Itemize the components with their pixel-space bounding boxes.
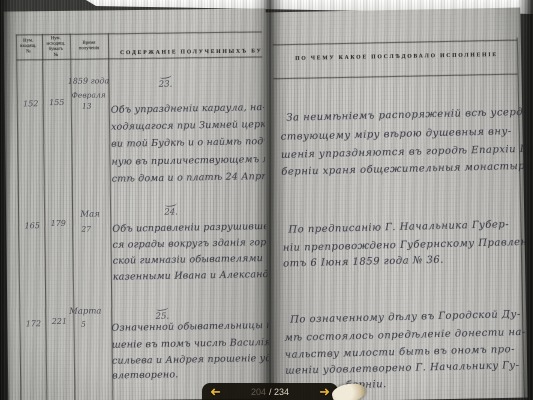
page-edge-shadow-left — [0, 0, 12, 400]
entry-day: 5 — [75, 320, 91, 329]
entry-number: 24. — [160, 201, 182, 217]
scanned-page-left: Нум. входящ. № Нум. исходящ. бумагъ № Вр… — [4, 8, 271, 400]
entry-num-out: 221 — [46, 317, 72, 326]
entry-day: 13 — [77, 101, 97, 110]
entry-num-out: 179 — [45, 219, 71, 228]
page-current-number: 204 — [251, 387, 266, 397]
handwritten-line: ходящагося при Зимней церк- — [111, 119, 270, 133]
arrow-right-icon: ➜ — [319, 385, 330, 398]
grid-line — [16, 34, 21, 400]
grid-line — [42, 34, 47, 400]
handwritten-line: ской гимназіи обывателями — [113, 253, 264, 267]
entry-num-out: 155 — [44, 98, 70, 107]
flourish-icon — [156, 305, 169, 312]
grid-line — [273, 40, 517, 46]
arrow-left-icon: ➜ — [210, 385, 221, 398]
flourish-icon — [159, 73, 172, 80]
entry-number: 25. — [151, 306, 173, 322]
flourish-icon — [165, 201, 178, 208]
handwritten-line: берніи храня общежительныя монастыри. — [281, 161, 533, 178]
page-indicator: 204 / 234 — [251, 385, 289, 397]
right-page-title: ПО ЧЕМУ КАКОЕ ПОСЛѢДОВАЛО ИСПОЛНЕНІЕ — [295, 51, 498, 61]
handwritten-line: отъ 6 Іюня 1859 года № 36. — [283, 255, 444, 270]
column-header-out: Нум. исходящ. бумагъ № — [42, 35, 70, 57]
entry-year: 1859 года — [66, 76, 110, 86]
entry-number: 23. — [154, 74, 176, 90]
handwritten-line: За неимѣніемъ распоряженій всѣ усерд- — [286, 107, 527, 124]
page-total-number: / 234 — [269, 387, 289, 397]
handwritten-line: Объ упраздненіи караула, на- — [111, 102, 266, 116]
next-page-button[interactable]: ➜ — [319, 385, 330, 398]
handwritten-line: шенія упраздняются въ городѣ Епархіи Гу- — [281, 144, 533, 161]
entry-num-in: 152 — [18, 99, 44, 108]
handwritten-line: По означенному дѣлу въ Городской Ду- — [290, 309, 521, 326]
entry-month: Мая — [68, 209, 112, 220]
handwritten-line: ствующему міру вѣрою душевныя вну- — [281, 126, 512, 143]
handwritten-line: шеніи удовлетворено Г. Начальнику Гу- — [285, 360, 520, 377]
scanned-page-right: ПО ЧЕМУ КАКОЕ ПОСЛѢДОВАЛО ИСПОЛНЕНІЕ За … — [262, 8, 527, 400]
entry-num-in: 172 — [20, 319, 46, 328]
entry-month: Марта — [63, 306, 107, 317]
grid-line — [274, 74, 518, 80]
entry-day: 27 — [76, 224, 96, 233]
handwritten-line: По предписанію Г. Начальника Губер- — [288, 219, 509, 235]
book-gutter-shadow — [254, 0, 286, 400]
handwritten-line: влетворено. — [112, 369, 179, 381]
entry-num-in: 165 — [19, 221, 45, 230]
page-edge-shadow-right — [518, 0, 533, 400]
entry-month: Февраля — [69, 90, 109, 99]
handwritten-line: чальству милости быть въ ономъ про- — [285, 344, 515, 361]
handwritten-line: мѣ состоялось опредѣленіе донести на- — [284, 327, 526, 344]
screen-photo: Нум. входящ. № Нум. исходящ. бумагъ № Вр… — [0, 0, 533, 400]
column-header-in: Нум. входящ. № — [15, 37, 42, 54]
prev-page-button[interactable]: ➜ — [210, 385, 221, 398]
column-header-date: Время полученія — [71, 39, 107, 50]
pager-toolbar: ➜ 204 / 234 ➜ — [202, 383, 338, 400]
handwritten-line: ніи препровождено Губернскому Правленію — [283, 237, 533, 254]
